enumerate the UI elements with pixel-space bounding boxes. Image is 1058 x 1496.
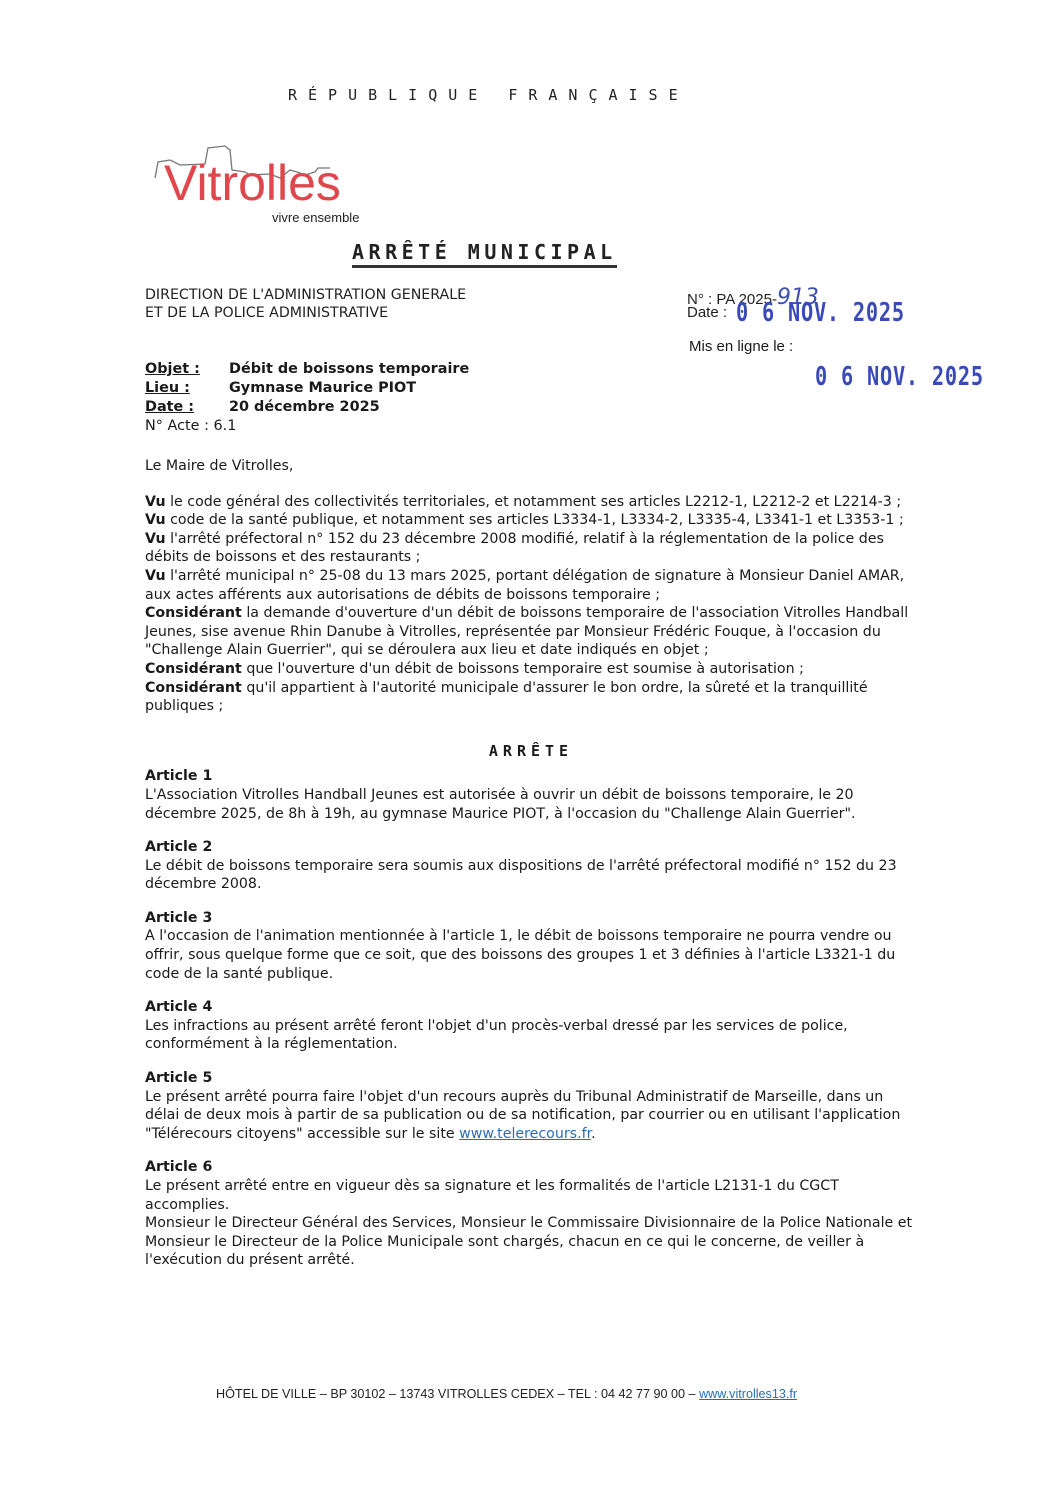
article-5: Article 5 Le présent arrêté pourra faire… [145,1069,917,1143]
article-2: Article 2 Le débit de boissons temporair… [145,838,917,894]
acte-number: N° Acte : 6.1 [145,417,469,436]
article-4: Article 4 Les infractions au présent arr… [145,998,917,1054]
clause-lead: Considérant [145,661,242,677]
article-text: L'Association Vitrolles Handball Jeunes … [145,786,917,823]
arrete-heading: ARRÊTE [145,742,917,761]
footer-address-text: HÔTEL DE VILLE – BP 30102 – 13743 VITROL… [216,1387,699,1401]
telerecours-link[interactable]: www.telerecours.fr [459,1126,591,1142]
document-body: Le Maire de Vitrolles, Vu le code généra… [145,457,917,1285]
date-value: 20 décembre 2025 [229,398,380,417]
clause-text: que l'ouverture d'un débit de boissons t… [242,661,804,677]
date-stamp: 0 6 NOV. 2025 [736,298,905,328]
clause-lead: Vu [145,494,166,510]
article-text-end: . [591,1126,596,1142]
article-3: Article 3 A l'occasion de l'animation me… [145,909,917,983]
article-text: Le débit de boissons temporaire sera sou… [145,857,917,894]
objet-value: Débit de boissons temporaire [229,360,469,379]
logo-wordmark: Vitrolles [164,158,341,208]
article-title: Article 6 [145,1158,917,1177]
clause-lead: Vu [145,512,166,528]
clause-text: l'arrêté municipal n° 25-08 du 13 mars 2… [145,568,904,603]
clause-text: l'arrêté préfectoral n° 152 du 23 décemb… [145,531,884,566]
lieu-label: Lieu : [145,379,229,398]
clause-lead: Considérant [145,605,242,621]
clause: Vu l'arrêté préfectoral n° 152 du 23 déc… [145,530,917,567]
article-title: Article 2 [145,838,917,857]
article-text-execution: Monsieur le Directeur Général des Servic… [145,1214,917,1270]
clause: Considérant qu'il appartient à l'autorit… [145,679,917,716]
footer-address: HÔTEL DE VILLE – BP 30102 – 13743 VITROL… [216,1387,797,1401]
article-title: Article 1 [145,767,917,786]
clause-text: la demande d'ouverture d'un débit de boi… [145,605,908,658]
document-title: ARRÊTÉ MUNICIPAL [352,240,617,268]
clause-lead: Vu [145,531,166,547]
clause: Vu le code général des collectivités ter… [145,493,917,512]
website-link[interactable]: www.vitrolles13.fr [699,1387,797,1401]
article-title: Article 3 [145,909,917,928]
clause-text: code de la santé publique, et notamment … [166,512,904,528]
article-text: Le présent arrêté pourra faire l'objet d… [145,1088,917,1144]
clause: Considérant que l'ouverture d'un débit d… [145,660,917,679]
objet-label: Objet : [145,360,229,379]
logo-tagline: vivre ensemble [272,210,359,225]
article-text: A l'occasion de l'animation mentionnée à… [145,927,917,983]
date-label: Date : [145,398,229,417]
clause: Considérant la demande d'ouverture d'un … [145,604,917,660]
republique-francaise-header: RÉPUBLIQUE FRANÇAISE [288,86,689,104]
mayor-salutation: Le Maire de Vitrolles, [145,457,917,476]
article-text: Les infractions au présent arrêté feront… [145,1017,917,1054]
subject-block: Objet :Débit de boissons temporaire Lieu… [145,360,469,436]
clause-text: le code général des collectivités territ… [166,494,902,510]
article-text: Le présent arrêté entre en vigueur dès s… [145,1177,917,1214]
article-title: Article 4 [145,998,917,1017]
online-date-label: Mis en ligne le : [689,338,793,355]
preamble-clauses: Vu le code général des collectivités ter… [145,493,917,716]
clause: Vu l'arrêté municipal n° 25-08 du 13 mar… [145,567,917,604]
clause-lead: Vu [145,568,166,584]
article-6: Article 6 Le présent arrêté entre en vig… [145,1158,917,1270]
vitrolles-logo: Vitrolles vivre ensemble [150,140,400,230]
issuing-department: DIRECTION DE L'ADMINISTRATION GENERALE E… [145,286,466,322]
clause-lead: Considérant [145,680,242,696]
article-1: Article 1 L'Association Vitrolles Handba… [145,767,917,823]
online-date-stamp: 0 6 NOV. 2025 [815,362,984,392]
clause: Vu code de la santé publique, et notamme… [145,511,917,530]
article-title: Article 5 [145,1069,917,1088]
lieu-value: Gymnase Maurice PIOT [229,379,416,398]
department-line-2: ET DE LA POLICE ADMINISTRATIVE [145,304,466,322]
clause-text: qu'il appartient à l'autorité municipale… [145,680,868,715]
department-line-1: DIRECTION DE L'ADMINISTRATION GENERALE [145,286,466,304]
